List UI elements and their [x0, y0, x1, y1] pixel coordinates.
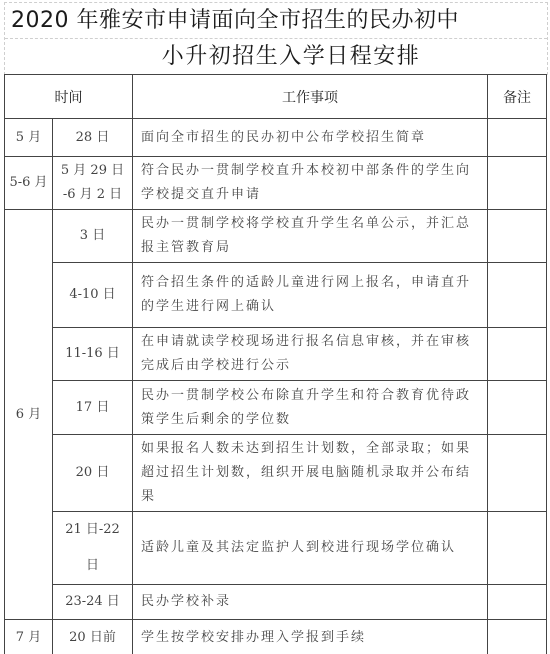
- table-row: 11-16 日 在申请就读学校现场进行报名信息审核，并在审核完成后由学校进行公示: [5, 328, 547, 381]
- table-row: 21 日-22 日 适龄儿童及其法定监护人到校进行现场学位确认: [5, 512, 547, 585]
- task-cell: 在申请就读学校现场进行报名信息审核，并在审核完成后由学校进行公示: [133, 328, 488, 381]
- table-header-row: 时间 工作事项 备注: [5, 75, 547, 119]
- table-row: 5 月 28 日 面向全市招生的民办初中公布学校招生简章: [5, 119, 547, 157]
- title-line-1: 2020 年雅安市申请面向全市招生的民办初中: [5, 3, 547, 39]
- table-row: 7 月 20 日前 学生按学校安排办理入学报到手续: [5, 620, 547, 654]
- table-row: 5-6 月 5 月 29 日 -6 月 2 日 符合民办一贯制学校直升本校初中部…: [5, 157, 547, 210]
- month-cell: 7 月: [5, 620, 53, 654]
- task-cell: 民办一贯制学校公布除直升学生和符合教育优待政策学生后剩余的学位数: [133, 381, 488, 435]
- day-cell: 11-16 日: [53, 328, 133, 381]
- schedule-table: 时间 工作事项 备注 5 月 28 日 面向全市招生的民办初中公布学校招生简章 …: [4, 74, 547, 654]
- header-time: 时间: [5, 75, 133, 119]
- note-cell: [488, 620, 547, 654]
- header-note: 备注: [488, 75, 547, 119]
- day-cell: 17 日: [53, 381, 133, 435]
- note-cell: [488, 435, 547, 512]
- month-cell: 5-6 月: [5, 157, 53, 210]
- note-cell: [488, 585, 547, 620]
- title-line-2: 小升初招生入学日程安排: [5, 39, 547, 75]
- day-cell: 28 日: [53, 119, 133, 157]
- task-cell: 如果报名人数未达到招生计划数，全部录取；如果超过招生计划数，组织开展电脑随机录取…: [133, 435, 488, 512]
- task-cell: 符合民办一贯制学校直升本校初中部条件的学生向学校提交直升申请: [133, 157, 488, 210]
- note-cell: [488, 512, 547, 585]
- table-row: 17 日 民办一贯制学校公布除直升学生和符合教育优待政策学生后剩余的学位数: [5, 381, 547, 435]
- task-cell: 面向全市招生的民办初中公布学校招生简章: [133, 119, 488, 157]
- month-cell: 5 月: [5, 119, 53, 157]
- task-cell: 学生按学校安排办理入学报到手续: [133, 620, 488, 654]
- month-cell: 6 月: [5, 210, 53, 620]
- day-cell: 5 月 29 日 -6 月 2 日: [53, 157, 133, 210]
- day-cell: 3 日: [53, 210, 133, 263]
- note-cell: [488, 119, 547, 157]
- note-cell: [488, 328, 547, 381]
- note-cell: [488, 263, 547, 328]
- note-cell: [488, 210, 547, 263]
- task-cell: 符合招生条件的适龄儿童进行网上报名，申请直升的学生进行网上确认: [133, 263, 488, 328]
- table-row: 4-10 日 符合招生条件的适龄儿童进行网上报名，申请直升的学生进行网上确认: [5, 263, 547, 328]
- day-cell: 21 日-22 日: [53, 512, 133, 585]
- task-cell: 民办一贯制学校将学校直升学生名单公示，并汇总报主管教育局: [133, 210, 488, 263]
- document-title: 2020 年雅安市申请面向全市招生的民办初中 小升初招生入学日程安排: [4, 2, 548, 75]
- day-cell: 20 日前: [53, 620, 133, 654]
- day-cell: 4-10 日: [53, 263, 133, 328]
- header-task: 工作事项: [133, 75, 488, 119]
- day-cell: 23-24 日: [53, 585, 133, 620]
- task-cell: 民办学校补录: [133, 585, 488, 620]
- day-cell: 20 日: [53, 435, 133, 512]
- table-row: 6 月 3 日 民办一贯制学校将学校直升学生名单公示，并汇总报主管教育局: [5, 210, 547, 263]
- note-cell: [488, 381, 547, 435]
- note-cell: [488, 157, 547, 210]
- table-row: 23-24 日 民办学校补录: [5, 585, 547, 620]
- table-row: 20 日 如果报名人数未达到招生计划数，全部录取；如果超过招生计划数，组织开展电…: [5, 435, 547, 512]
- task-cell: 适龄儿童及其法定监护人到校进行现场学位确认: [133, 512, 488, 585]
